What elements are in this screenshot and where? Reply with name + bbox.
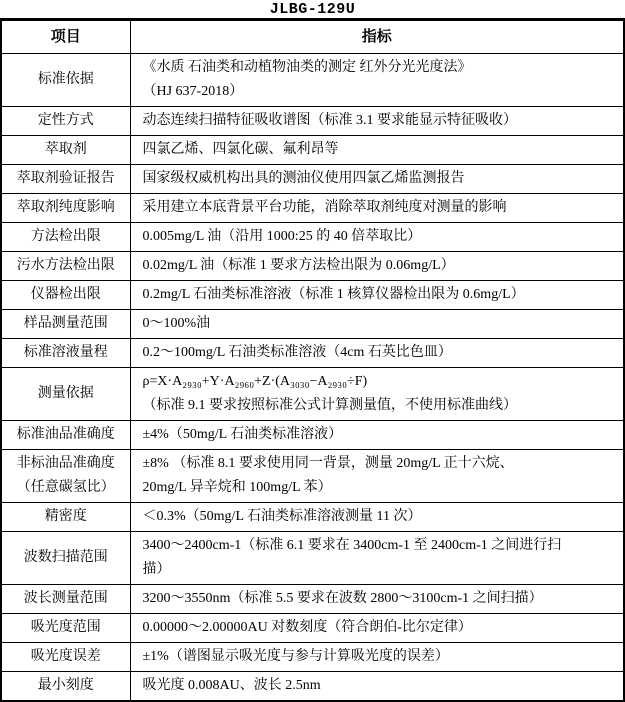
indicator-cell: 0.2～100mg/L 石油类标准溶液（4cm 石英比色皿） [130,339,624,368]
spec-sheet: JLBG-129U 项目 指标 标准依据 《水质 石油类和动植物油类的测定 红外… [0,0,625,702]
indicator-cell: 0.2mg/L 石油类标准溶液（标准 1 核算仪器检出限为 0.6mg/L） [130,281,624,310]
item-cell: 标准溶液量程 [1,339,130,368]
item-cell: 萃取剂验证报告 [1,165,130,194]
indicator-cell: ＜0.3%（50mg/L 石油类标准溶液测量 11 次） [130,503,624,532]
page-title: JLBG-129U [0,0,625,18]
table-row: 波长测量范围 3200～3550nm（标准 5.5 要求在波数 2800～310… [1,585,624,614]
item-cell: 标准依据 [1,54,130,107]
indicator-cell: 四氯乙烯、四氯化碳、氟利昂等 [130,136,624,165]
table-row: 吸光度误差 ±1%（谱图显示吸光度与参与计算吸光度的误差） [1,643,624,672]
indicator-cell: 3400～2400cm-1（标准 6.1 要求在 3400cm-1 至 2400… [130,532,624,585]
table-row: 污水方法检出限 0.02mg/L 油（标准 1 要求方法检出限为 0.06mg/… [1,252,624,281]
item-cell: 标准油品准确度 [1,421,130,450]
indicator-cell: 0.00000～2.00000AU 对数刻度（符合朗伯-比尔定律） [130,614,624,643]
header-cell-indicator: 指标 [130,20,624,54]
table-row: 样品测量范围 0～100%油 [1,310,624,339]
table-row: 定性方式 动态连续扫描特征吸收谱图（标准 3.1 要求能显示特征吸收） [1,107,624,136]
table-row: 非标油品准确度 （任意碳氢比） ±8% （标准 8.1 要求使用同一背景，测量 … [1,450,624,503]
table-row: 测量依据 ρ=X·A₂₉₃₀+Y·A₂₉₆₀+Z·(A₃₀₃₀−A₂₉₃₀÷F)… [1,368,624,421]
indicator-cell: 3200～3550nm（标准 5.5 要求在波数 2800～3100cm-1 之… [130,585,624,614]
item-cell: 污水方法检出限 [1,252,130,281]
table-row: 标准油品准确度 ±4%（50mg/L 石油类标准溶液） [1,421,624,450]
header-row: 项目 指标 [1,20,624,54]
table-row: 标准溶液量程 0.2～100mg/L 石油类标准溶液（4cm 石英比色皿） [1,339,624,368]
indicator-cell: 吸光度 0.008AU、波长 2.5nm [130,672,624,702]
item-cell: 定性方式 [1,107,130,136]
indicator-cell: 国家级权威机构出具的测油仪使用四氯乙烯监测报告 [130,165,624,194]
table-row: 萃取剂纯度影响 采用建立本底背景平台功能，消除萃取剂纯度对测量的影响 [1,194,624,223]
item-cell: 最小刻度 [1,672,130,702]
table-row: 精密度 ＜0.3%（50mg/L 石油类标准溶液测量 11 次） [1,503,624,532]
item-cell: 测量依据 [1,368,130,421]
table-row: 吸光度范围 0.00000～2.00000AU 对数刻度（符合朗伯-比尔定律） [1,614,624,643]
indicator-cell: 0～100%油 [130,310,624,339]
item-cell: 非标油品准确度 （任意碳氢比） [1,450,130,503]
indicator-cell: 动态连续扫描特征吸收谱图（标准 3.1 要求能显示特征吸收） [130,107,624,136]
spec-table-body: 标准依据 《水质 石油类和动植物油类的测定 红外分光光度法》 （HJ 637-2… [1,54,624,702]
table-row: 萃取剂 四氯乙烯、四氯化碳、氟利昂等 [1,136,624,165]
indicator-cell: ±1%（谱图显示吸光度与参与计算吸光度的误差） [130,643,624,672]
item-cell: 仪器检出限 [1,281,130,310]
item-cell: 萃取剂纯度影响 [1,194,130,223]
indicator-cell: ±8% （标准 8.1 要求使用同一背景，测量 20mg/L 正十六烷、 20m… [130,450,624,503]
header-cell-item: 项目 [1,20,130,54]
item-cell: 样品测量范围 [1,310,130,339]
item-cell: 萃取剂 [1,136,130,165]
item-cell: 方法检出限 [1,223,130,252]
spec-table: 项目 指标 标准依据 《水质 石油类和动植物油类的测定 红外分光光度法》 （HJ… [0,18,625,702]
table-row: 方法检出限 0.005mg/L 油（沿用 1000:25 的 40 倍萃取比） [1,223,624,252]
item-cell: 精密度 [1,503,130,532]
item-cell: 吸光度误差 [1,643,130,672]
item-cell: 波数扫描范围 [1,532,130,585]
table-row: 萃取剂验证报告 国家级权威机构出具的测油仪使用四氯乙烯监测报告 [1,165,624,194]
item-cell: 吸光度范围 [1,614,130,643]
indicator-cell: 0.02mg/L 油（标准 1 要求方法检出限为 0.06mg/L） [130,252,624,281]
item-cell: 波长测量范围 [1,585,130,614]
table-row: 标准依据 《水质 石油类和动植物油类的测定 红外分光光度法》 （HJ 637-2… [1,54,624,107]
table-row: 最小刻度 吸光度 0.008AU、波长 2.5nm [1,672,624,702]
indicator-cell: 0.005mg/L 油（沿用 1000:25 的 40 倍萃取比） [130,223,624,252]
indicator-cell: 采用建立本底背景平台功能，消除萃取剂纯度对测量的影响 [130,194,624,223]
indicator-cell: 《水质 石油类和动植物油类的测定 红外分光光度法》 （HJ 637-2018） [130,54,624,107]
indicator-cell: ρ=X·A₂₉₃₀+Y·A₂₉₆₀+Z·(A₃₀₃₀−A₂₉₃₀÷F) （标准 … [130,368,624,421]
indicator-cell: ±4%（50mg/L 石油类标准溶液） [130,421,624,450]
table-row: 波数扫描范围 3400～2400cm-1（标准 6.1 要求在 3400cm-1… [1,532,624,585]
table-row: 仪器检出限 0.2mg/L 石油类标准溶液（标准 1 核算仪器检出限为 0.6m… [1,281,624,310]
